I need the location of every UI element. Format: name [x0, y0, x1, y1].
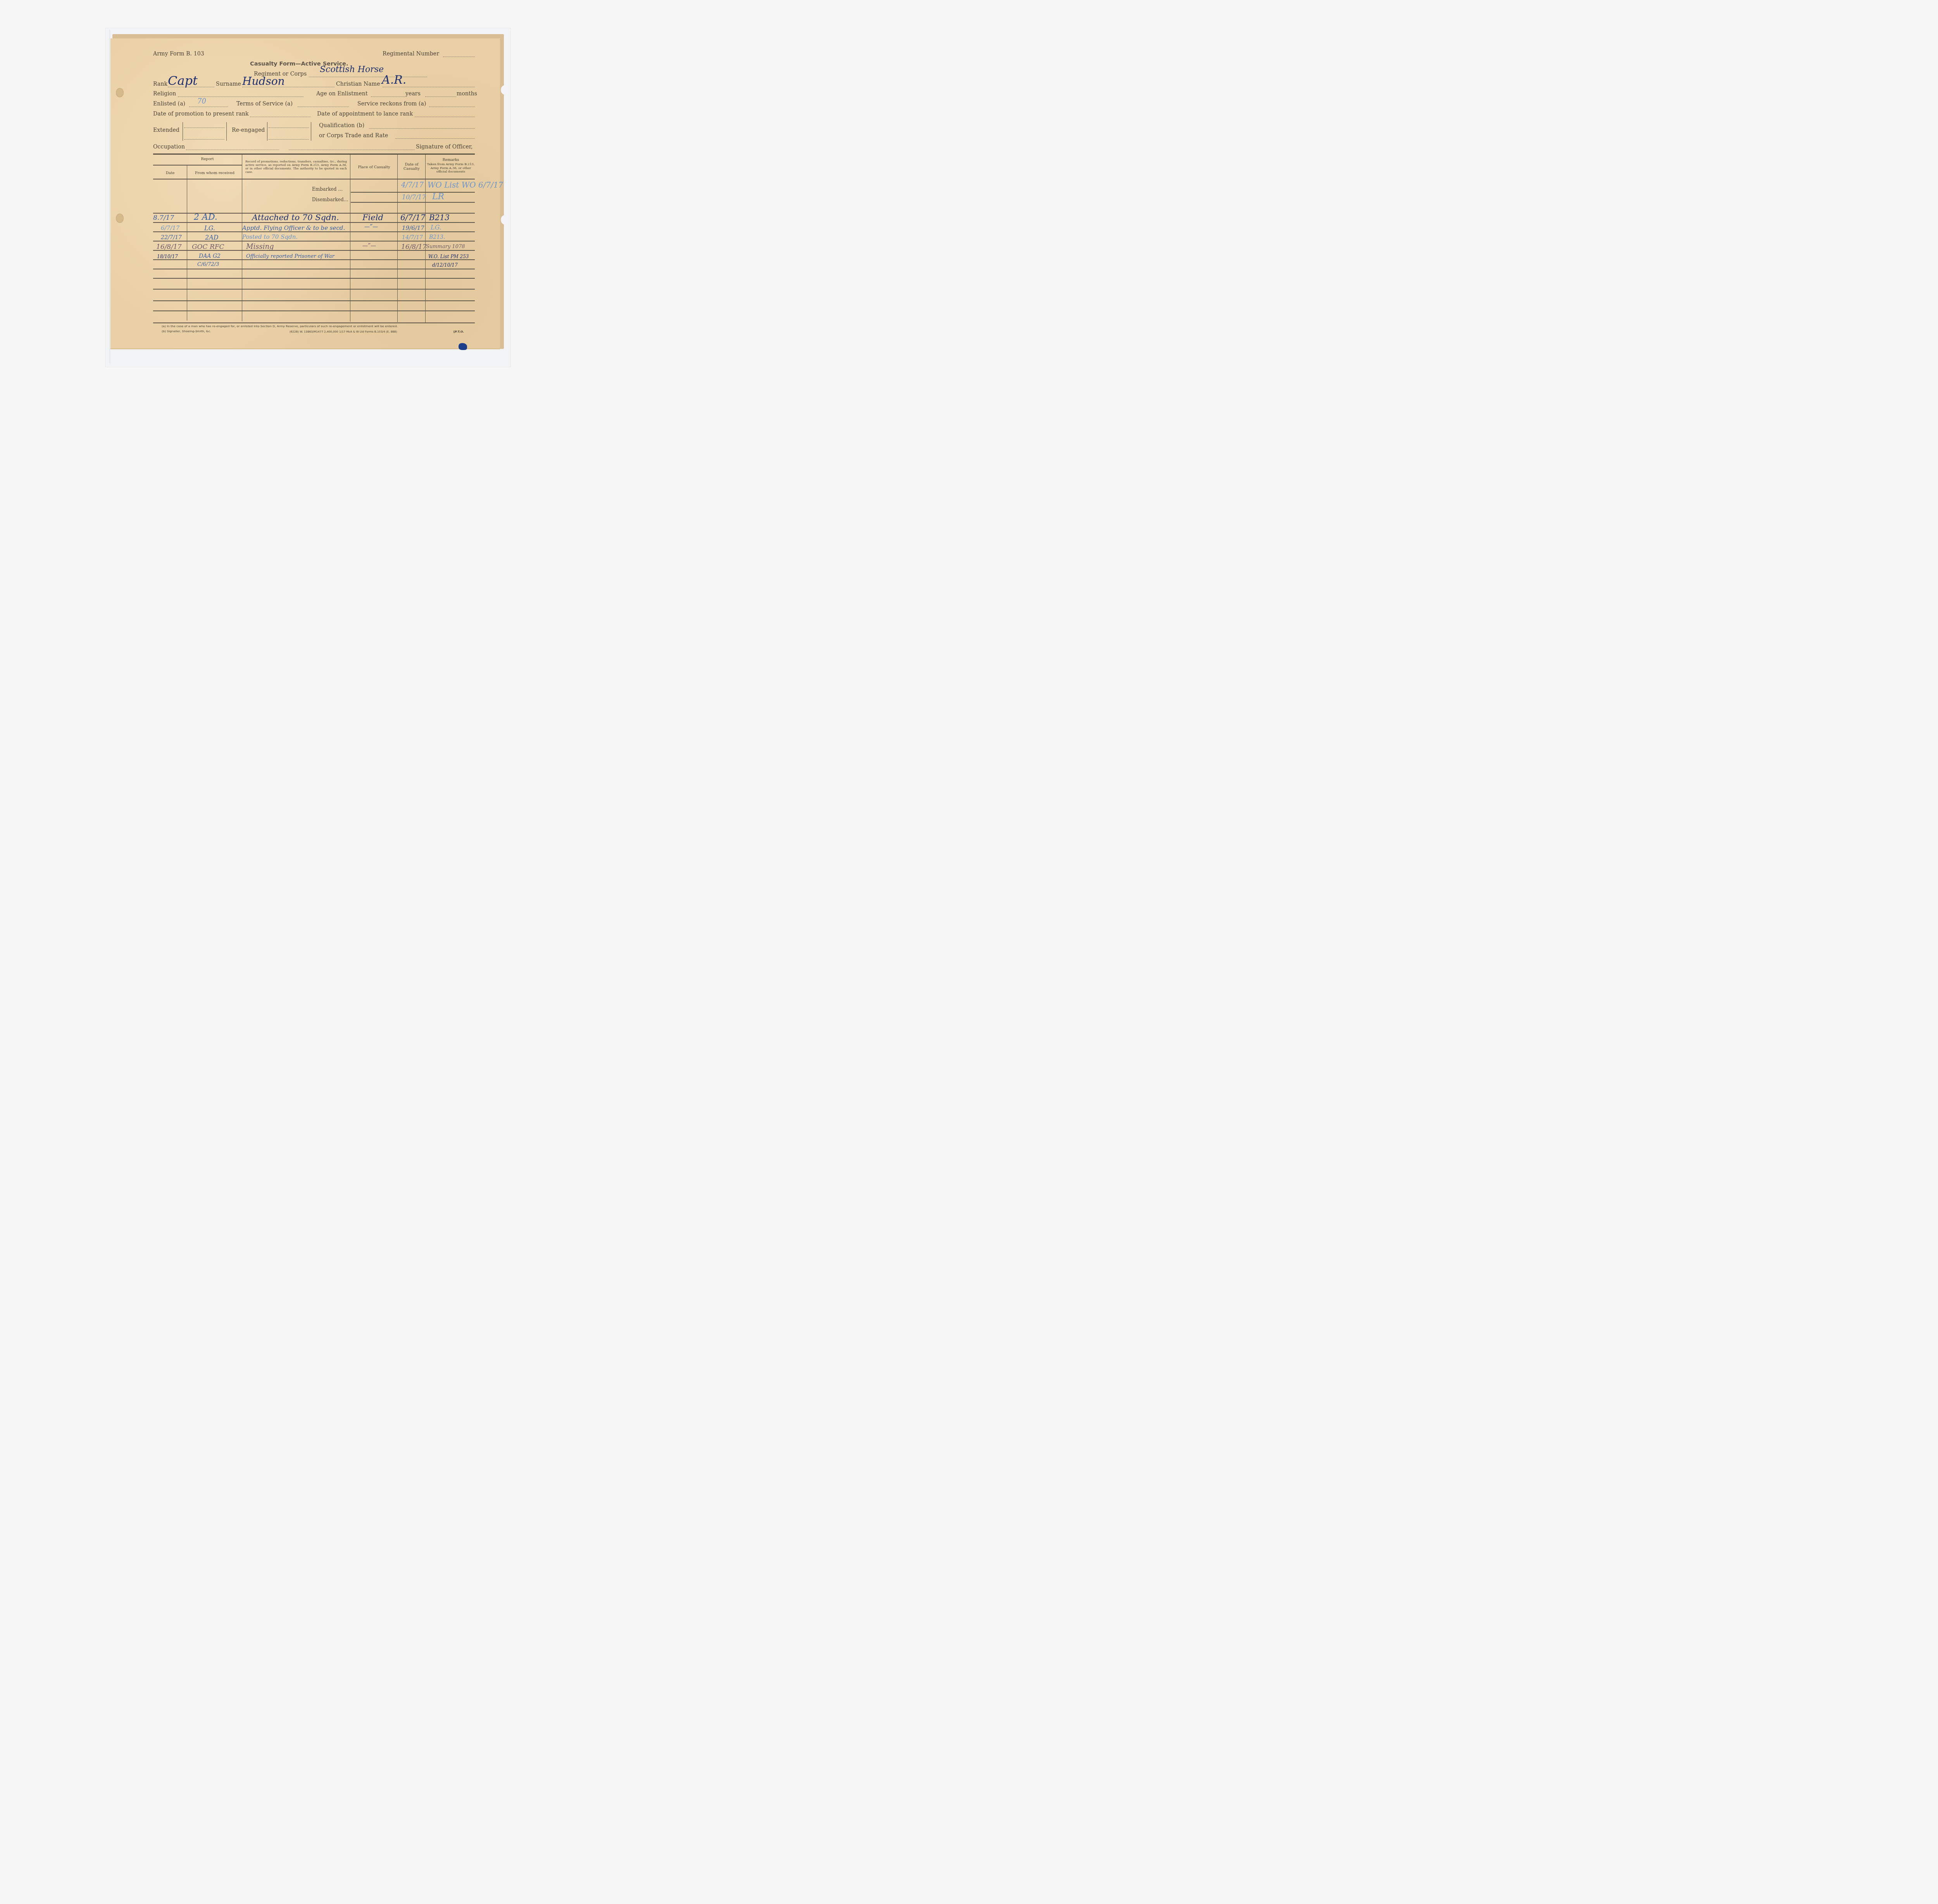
religion-field[interactable]	[178, 97, 303, 97]
qualification-label: Qualification (b)	[319, 122, 364, 129]
row-date: 8.7/17	[153, 214, 174, 222]
age-label: Age on Enlistment	[316, 91, 368, 97]
reengaged-label: Re-engaged	[232, 127, 265, 133]
christian-name-label: Christian Name	[336, 81, 380, 87]
disembarked-date: 10/7/17	[402, 193, 426, 201]
enlisted-field[interactable]	[189, 107, 228, 107]
record-header: Record of promotions, reductions, transf…	[245, 160, 347, 174]
row-place: —”—	[362, 243, 376, 249]
row-date: 22/7/17	[161, 235, 182, 241]
footnote-a: (a) In the case of a man who has re-enga…	[162, 324, 398, 328]
row-from: 2 AD.	[194, 212, 217, 222]
terms-label: Terms of Service (a)	[236, 101, 293, 107]
remarks-subheader: Taken from Army Form B.213, Army Form A.…	[427, 162, 475, 174]
lance-rank-field[interactable]	[415, 117, 475, 117]
embarked-remarks: WO List WO 6/7/17	[428, 180, 503, 190]
punch-hole-left-bottom	[116, 214, 124, 223]
report-header: Report	[188, 157, 227, 161]
from-whom-header: From whom received	[188, 171, 241, 175]
surname-value: Hudson	[242, 75, 285, 88]
header-bottom-rule	[153, 179, 475, 179]
row-record: Missing	[246, 243, 274, 251]
lance-rank-label: Date of appointment to lance rank	[317, 111, 413, 117]
row-rule	[153, 231, 475, 232]
row-remarks: B213	[429, 213, 450, 222]
extended-brace-left	[183, 122, 226, 141]
embarked-rule	[351, 192, 475, 193]
religion-label: Religion	[153, 91, 176, 97]
regiment-field[interactable]	[309, 77, 427, 77]
row-record: Officially reported Prisoner of War	[246, 254, 334, 259]
reengaged-brace-right	[310, 122, 311, 141]
col-divider-date	[187, 166, 187, 321]
row-rule	[153, 259, 475, 260]
rank-label: Rank	[153, 81, 167, 87]
extended-field-1[interactable]	[184, 128, 224, 128]
disembarked-rule	[351, 202, 475, 203]
col-divider-date-casualty	[425, 154, 426, 323]
row-date-casualty: 6/7/17	[400, 213, 425, 222]
occupation-field[interactable]	[186, 150, 279, 150]
row-date: 18/10/17	[157, 254, 178, 259]
rank-value: Capt	[168, 73, 198, 88]
row-date-casualty: 16/8/17	[401, 243, 427, 251]
row-date: 6/7/17	[161, 224, 179, 231]
surname-label: Surname	[216, 81, 241, 87]
age-years-field[interactable]	[371, 97, 405, 97]
row-rule	[153, 289, 475, 290]
signature-label: Signature of Officer,	[416, 144, 473, 150]
enlisted-value: 70	[197, 97, 206, 105]
corps-trade-label: or Corps Trade and Rate	[319, 133, 388, 139]
punch-hole-left-top	[116, 88, 124, 97]
row-from: DAA G2	[199, 253, 221, 259]
signature-field[interactable]	[289, 150, 415, 150]
terms-field[interactable]	[298, 107, 349, 107]
regimental-number-label: Regimental Number	[383, 51, 439, 57]
row-rule	[153, 310, 475, 311]
row-remarks: Summary 1078	[426, 244, 465, 250]
row-remarks: B213.	[429, 234, 445, 240]
christian-name-field[interactable]	[383, 87, 475, 87]
row-record: Attached to 70 Sqdn.	[252, 213, 339, 222]
row-rule	[153, 269, 475, 269]
date-header: Date	[154, 171, 186, 175]
row-rule	[153, 222, 475, 223]
row-remarks: d/12/10/17	[432, 262, 458, 268]
remarks-header: Remarks	[427, 158, 475, 162]
row-remarks: LG.	[431, 224, 441, 231]
service-reckons-field[interactable]	[429, 107, 475, 107]
punch-hole-right-top	[501, 85, 509, 95]
row-from: C/6/72/3	[197, 262, 219, 267]
christian-name-value: A.R.	[382, 73, 406, 87]
pto-label: [P.T.O.	[453, 330, 464, 333]
row-from: LG.	[204, 224, 215, 232]
ink-blot	[459, 343, 467, 350]
form-number: Army Form B. 103	[153, 51, 204, 57]
row-record: Posted to 70 Sqdn.	[242, 233, 298, 240]
months-label: months	[457, 91, 477, 97]
regimental-number-field[interactable]	[443, 57, 475, 57]
casualty-form: Army Form B. 103 Regimental Number Casua…	[110, 38, 500, 349]
extended-brace-right	[226, 122, 227, 141]
extended-label: Extended	[153, 127, 179, 133]
occupation-label: Occupation	[153, 144, 185, 150]
reengaged-field-2[interactable]	[269, 139, 309, 140]
punch-hole-right-bottom	[501, 215, 509, 224]
place-header: Place of Casualty	[352, 165, 397, 169]
table-top-rule	[153, 153, 475, 155]
enlisted-label: Enlisted (a)	[153, 101, 185, 107]
corps-trade-field[interactable]	[395, 138, 475, 139]
qualification-field[interactable]	[369, 128, 475, 129]
table-bottom-rule	[153, 323, 475, 323]
embarked-date: 4/7/17	[401, 181, 424, 189]
extended-field-2[interactable]	[184, 139, 224, 140]
row-rule	[153, 300, 475, 301]
print-code: (6228) W. 13863/M1477 2,400,000 1/17 McA…	[290, 330, 397, 333]
row-rule	[153, 241, 475, 241]
row-place: —”—	[364, 224, 378, 230]
row-from: 2AD	[205, 234, 219, 241]
embarked-label: Embarked ...	[312, 186, 343, 192]
promotion-label: Date of promotion to present rank	[153, 111, 249, 117]
row-place: Field	[362, 213, 383, 222]
promotion-field[interactable]	[250, 117, 310, 117]
row-date-casualty: 14/7/17	[402, 235, 423, 241]
age-months-field[interactable]	[425, 97, 456, 97]
row-remarks: W.O. List PM 253	[428, 254, 469, 259]
disembarked-label: Disembarked...	[312, 197, 348, 202]
report-subrule	[153, 165, 242, 166]
footnote-b: (b) Signaller, Shoeing-Smith, &c.	[162, 329, 211, 333]
date-of-casualty-header: Date of Casualty	[399, 162, 424, 171]
years-label: years	[405, 91, 421, 97]
disembarked-remarks: LR	[432, 192, 444, 202]
row-from: GOC RFC	[192, 243, 224, 251]
reengaged-brace-left	[267, 122, 311, 141]
row-rule	[153, 278, 475, 279]
reengaged-field-1[interactable]	[269, 128, 309, 128]
row-record: Apptd. Flying Officer & to be secd.	[242, 224, 345, 231]
row-date-casualty: 19/6/17	[402, 224, 424, 231]
service-reckons-label: Service reckons from (a)	[357, 101, 426, 107]
regiment-value: Scottish Horse	[320, 65, 384, 74]
row-date: 16/8/17	[156, 243, 182, 251]
